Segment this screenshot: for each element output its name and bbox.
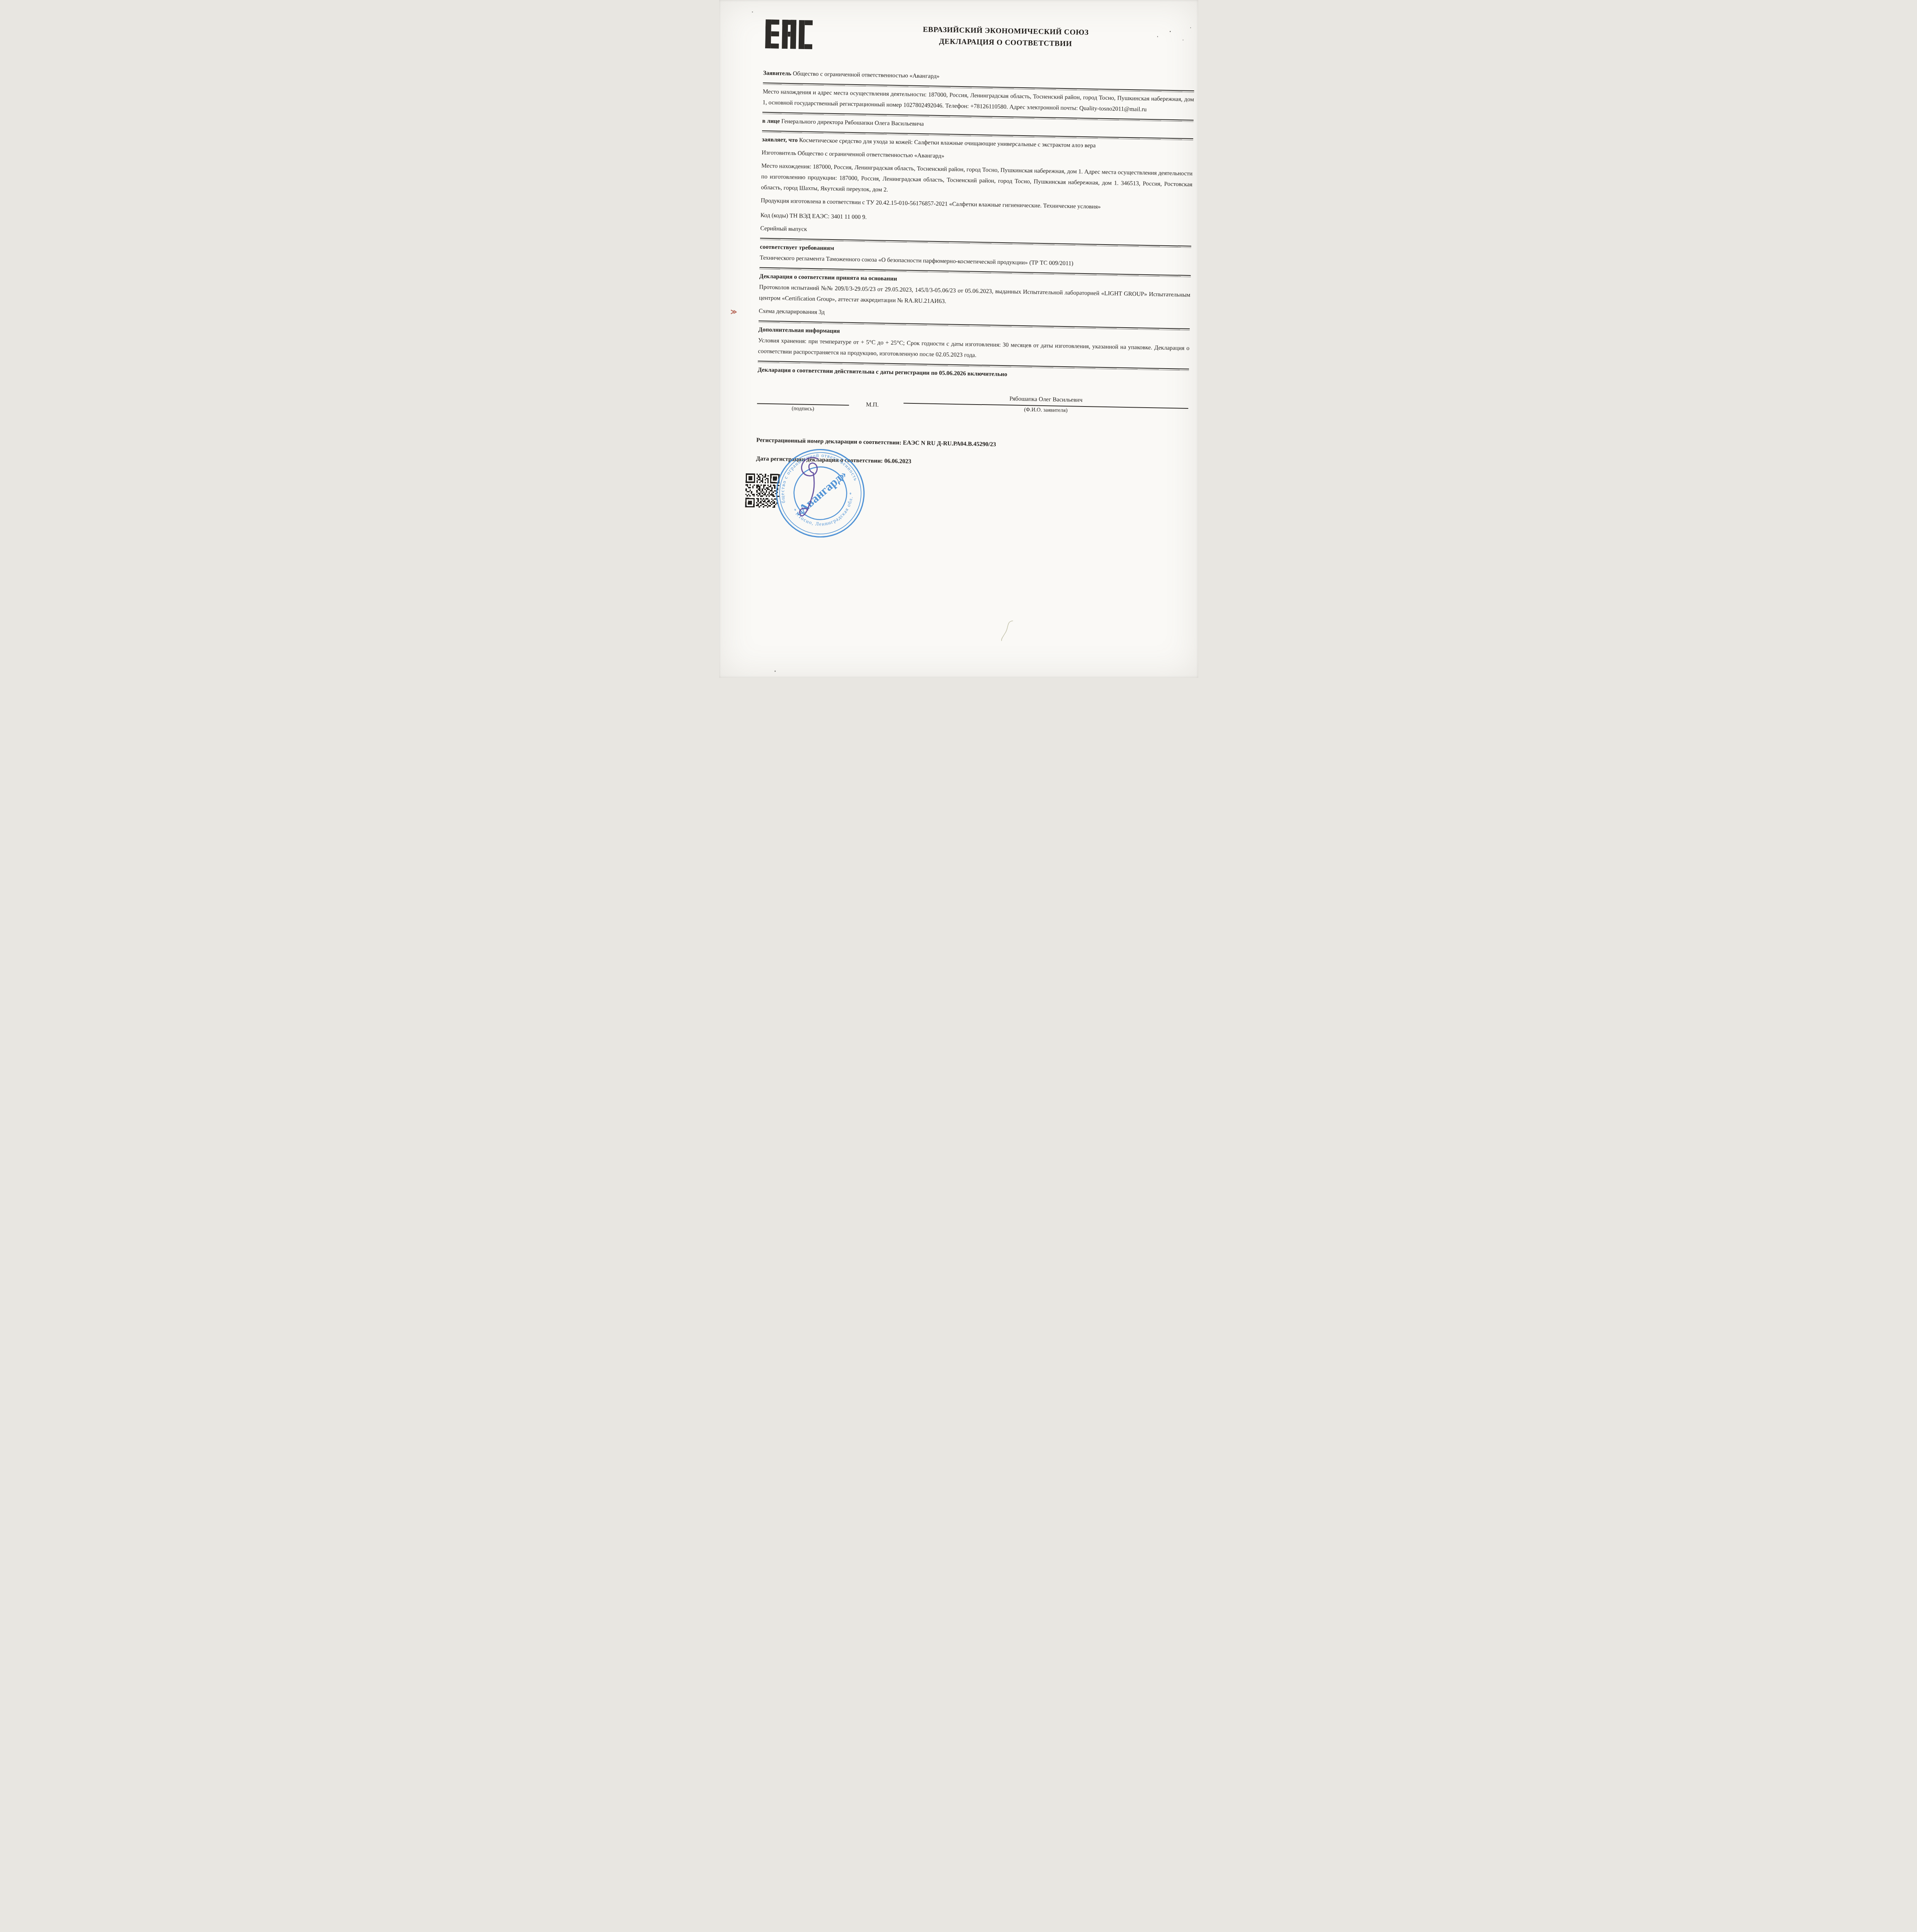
dust-speck (1157, 36, 1158, 37)
scan-rotation-layer: ЕВРАЗИЙСКИЙ ЭКОНОМИЧЕСКИЙ СОЮЗ ДЕКЛАРАЦИ… (719, 0, 1198, 678)
handwritten-signature (795, 455, 828, 525)
red-pen-mark (730, 309, 738, 318)
declares-value: Косметическое средство для ухода за коже… (799, 137, 1095, 149)
manufacturer-label: Изготовитель (761, 150, 796, 157)
registration-number-value: ЕАЭС N RU Д-RU.РА04.B.45290/23 (903, 439, 996, 447)
signature-block: (подпись) М.П. Рябошапка Олег Васильевич… (757, 393, 1188, 420)
in-person-value: Генерального директора Рябошапки Олега В… (781, 118, 924, 128)
dust-speck (1182, 39, 1183, 40)
signature-area: (подпись) (757, 393, 849, 414)
signature-caption: (подпись) (757, 404, 849, 414)
document-header: ЕВРАЗИЙСКИЙ ЭКОНОМИЧЕСКИЙ СОЮЗ ДЕКЛАРАЦИ… (763, 16, 1195, 59)
dust-speck (774, 670, 776, 672)
declaration-of-conformity-scan: ЕВРАЗИЙСКИЙ ЭКОНОМИЧЕСКИЙ СОЮЗ ДЕКЛАРАЦИ… (719, 0, 1198, 678)
document-title: ЕВРАЗИЙСКИЙ ЭКОНОМИЧЕСКИЙ СОЮЗ ДЕКЛАРАЦИ… (816, 17, 1195, 52)
applicant-name-area: Рябошапка Олег Васильевич (Ф.И.О. заявит… (903, 392, 1188, 417)
applicant-label: Заявитель (763, 70, 791, 77)
applicant-value: Общество с ограниченной ответственностью… (793, 70, 939, 80)
manufacturer-value: Общество с ограниченной ответственностью… (798, 150, 944, 159)
dust-speck (1190, 27, 1191, 28)
in-person-label: в лице (762, 118, 780, 125)
dust-speck (752, 12, 753, 12)
signature-line (757, 393, 849, 405)
stamp-place-label: М.П. (866, 401, 878, 409)
document-content: ЕВРАЗИЙСКИЙ ЭКОНОМИЧЕСКИЙ СОЮЗ ДЕКЛАРАЦИ… (719, 0, 1198, 515)
dust-speck (1169, 31, 1170, 32)
registration-number-label: Регистрационный номер декларации о соотв… (756, 437, 902, 446)
manufacturer-address: Место нахождения: 187000, Россия, Ленинг… (761, 161, 1192, 201)
registration-date-value: 06.06.2023 (884, 458, 911, 465)
declares-label: заявляет, что (762, 136, 798, 144)
applicant-address: Место нахождения и адрес места осуществл… (762, 87, 1194, 116)
faint-pen-squiggle (999, 619, 1015, 645)
eac-logo-icon (765, 19, 813, 52)
